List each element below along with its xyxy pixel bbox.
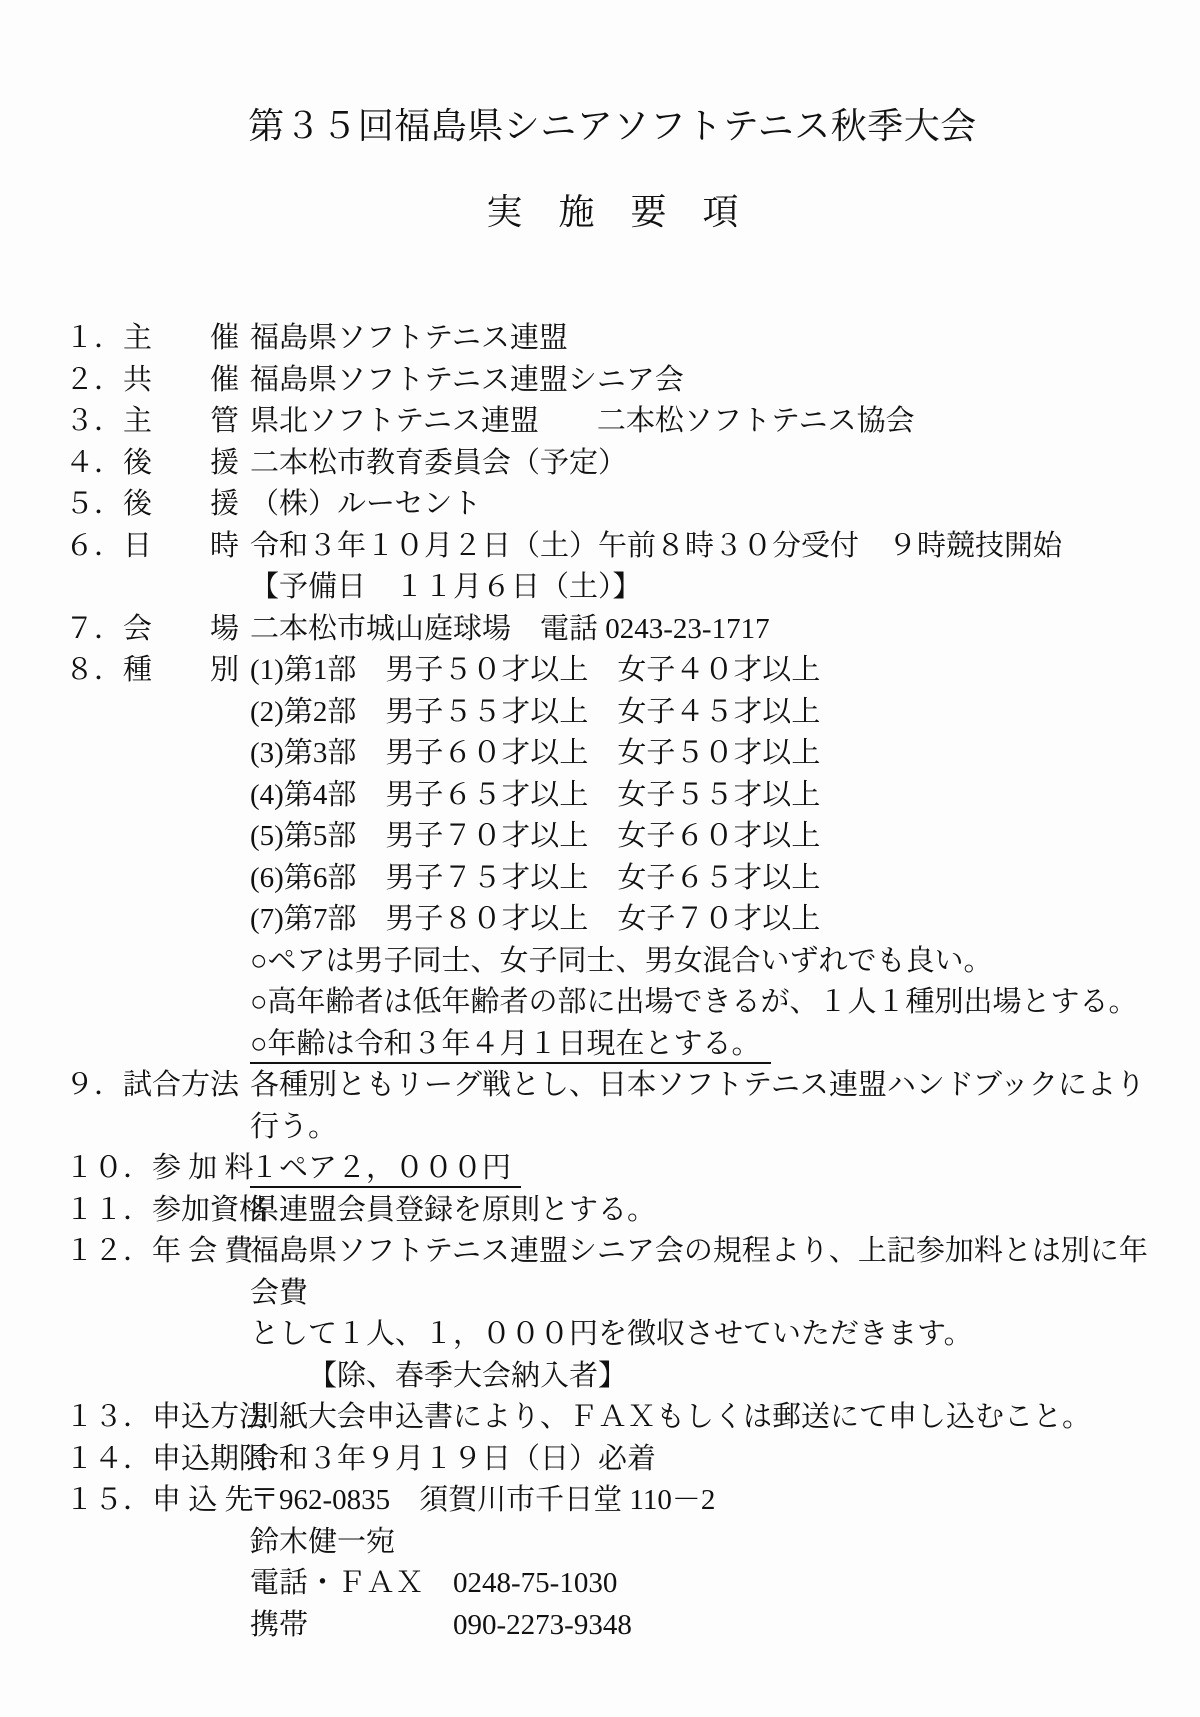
item-line: ○ペアは男子同士、女子同士、男女混合いずれでも良い。 (250, 941, 1160, 983)
item-line: ○高年齢者は低年齢者の部に出場できるが、１人１種別出場とする。 (250, 982, 1160, 1024)
item-text: ○年齢は令和３年４月１日現在とする。 (250, 1028, 771, 1064)
item-line: 【予備日 １１月６日（土）】 (250, 567, 1160, 609)
item-line: ○年齢は令和３年４月１日現在とする。 (250, 1024, 1160, 1066)
item-content: 令和３年１０月２日（土）午前８時３０分受付 ９時競技開始【予備日 １１月６日（土… (250, 526, 1160, 609)
item-line: 福島県ソフトテニス連盟 (250, 318, 1160, 360)
document-subtitle: 実 施 要 項 (65, 190, 1160, 234)
item-line: (6)第6部 男子７５才以上 女子６５才以上 (250, 858, 1160, 900)
item-label: １３．申込方法 (65, 1397, 250, 1439)
item-line: (7)第7部 男子８０才以上 女子７０才以上 (250, 899, 1160, 941)
item-text: 〒962-0835 須賀川市千日堂 110－2 (250, 1484, 715, 1516)
item-text: 別紙大会申込書により、ＦＡＸもしくは郵送にて申し込むこと。 (250, 1401, 1091, 1433)
item-text: 【予備日 １１月６日（土）】 (250, 571, 642, 603)
item-text: (6)第6部 男子７５才以上 女子６５才以上 (250, 862, 820, 894)
item-line: 令和３年１０月２日（土）午前８時３０分受付 ９時競技開始 (250, 526, 1160, 568)
item-line: として１人、１，０００円を徴収させていただきます。 (250, 1314, 1160, 1356)
item-text: ○高年齢者は低年齢者の部に出場できるが、１人１種別出場とする。 (250, 986, 1138, 1018)
item-line: 福島県ソフトテニス連盟シニア会 (250, 360, 1160, 402)
item-label: １１．参加資格 (65, 1190, 250, 1232)
item-line: 【除、春季大会納入者】 (250, 1356, 1160, 1398)
item-text: (7)第7部 男子８０才以上 女子７０才以上 (250, 903, 820, 935)
list-item: ５．後 援（株）ルーセント (65, 484, 1160, 526)
list-item: １０．参 加 料１ペア２，０００円 (65, 1148, 1160, 1190)
item-line: (1)第1部 男子５０才以上 女子４０才以上 (250, 650, 1160, 692)
item-text: (1)第1部 男子５０才以上 女子４０才以上 (250, 654, 820, 686)
item-content: 令和３年９月１９日（日）必着 (250, 1439, 1160, 1481)
list-item: ９．試合方法各種別ともリーグ戦とし、日本ソフトテニス連盟ハンドブックにより行う。 (65, 1065, 1160, 1148)
items-list: １．主 催福島県ソフトテニス連盟２．共 催福島県ソフトテニス連盟シニア会３．主 … (65, 318, 1160, 1646)
item-label: １５．申 込 先 (65, 1480, 250, 1522)
list-item: １３．申込方法別紙大会申込書により、ＦＡＸもしくは郵送にて申し込むこと。 (65, 1397, 1160, 1439)
item-text: 県連盟会員登録を原則とする。 (250, 1194, 656, 1226)
item-line: 電話・ＦＡＸ 0248-75-1030 (250, 1563, 1160, 1605)
item-content: 二本松市城山庭球場 電話 0243-23-1717 (250, 609, 1160, 651)
list-item: ２．共 催福島県ソフトテニス連盟シニア会 (65, 360, 1160, 402)
item-line: 二本松市城山庭球場 電話 0243-23-1717 (250, 609, 1160, 651)
item-text: 福島県ソフトテニス連盟シニア会 (250, 364, 684, 396)
document-page: 第３５回福島県シニアソフトテニス秋季大会 実 施 要 項 １．主 催福島県ソフト… (0, 0, 1200, 1717)
item-text: 福島県ソフトテニス連盟シニア会の規程より、上記参加料とは別に年会費 (250, 1235, 1148, 1309)
item-label: １．主 催 (65, 318, 250, 360)
item-text: (2)第2部 男子５５才以上 女子４５才以上 (250, 696, 820, 728)
item-label: ４．後 援 (65, 443, 250, 485)
item-text: 令和３年９月１９日（日）必着 (250, 1443, 656, 1475)
item-content: 二本松市教育委員会（予定） (250, 443, 1160, 485)
item-label: １４．申込期限 (65, 1439, 250, 1481)
item-content: 福島県ソフトテニス連盟シニア会 (250, 360, 1160, 402)
item-text: (5)第5部 男子７０才以上 女子６０才以上 (250, 820, 820, 852)
list-item: １４．申込期限令和３年９月１９日（日）必着 (65, 1439, 1160, 1481)
list-item: １．主 催福島県ソフトテニス連盟 (65, 318, 1160, 360)
item-text: 二本松市城山庭球場 電話 0243-23-1717 (250, 613, 770, 645)
item-line: (5)第5部 男子７０才以上 女子６０才以上 (250, 816, 1160, 858)
item-text: 二本松市教育委員会（予定） (250, 447, 627, 479)
item-text: 電話・ＦＡＸ 0248-75-1030 (250, 1567, 617, 1599)
item-text: 各種別ともリーグ戦とし、日本ソフトテニス連盟ハンドブックにより行う。 (250, 1069, 1145, 1143)
item-text: （株）ルーセント (250, 488, 481, 520)
item-line: 福島県ソフトテニス連盟シニア会の規程より、上記参加料とは別に年会費 (250, 1231, 1160, 1314)
list-item: ７．会 場二本松市城山庭球場 電話 0243-23-1717 (65, 609, 1160, 651)
item-line: （株）ルーセント (250, 484, 1160, 526)
item-line: 〒962-0835 須賀川市千日堂 110－2 (250, 1480, 1160, 1522)
item-line: 令和３年９月１９日（日）必着 (250, 1439, 1160, 1481)
item-content: 〒962-0835 須賀川市千日堂 110－2鈴木健一宛電話・ＦＡＸ 0248-… (250, 1480, 1160, 1646)
item-label: １０．参 加 料 (65, 1148, 250, 1190)
list-item: ８．種 別(1)第1部 男子５０才以上 女子４０才以上(2)第2部 男子５５才以… (65, 650, 1160, 1065)
list-item: １２．年 会 費福島県ソフトテニス連盟シニア会の規程より、上記参加料とは別に年会… (65, 1231, 1160, 1397)
list-item: １１．参加資格県連盟会員登録を原則とする。 (65, 1190, 1160, 1232)
item-content: （株）ルーセント (250, 484, 1160, 526)
list-item: ４．後 援二本松市教育委員会（予定） (65, 443, 1160, 485)
item-text: ○ペアは男子同士、女子同士、男女混合いずれでも良い。 (250, 945, 993, 977)
item-line: 各種別ともリーグ戦とし、日本ソフトテニス連盟ハンドブックにより行う。 (250, 1065, 1160, 1148)
item-line: 鈴木健一宛 (250, 1522, 1160, 1564)
item-line: 別紙大会申込書により、ＦＡＸもしくは郵送にて申し込むこと。 (250, 1397, 1160, 1439)
item-text: 県北ソフトテニス連盟 二本松ソフトテニス協会 (250, 405, 915, 437)
item-label: ６．日 時 (65, 526, 250, 568)
item-label: ５．後 援 (65, 484, 250, 526)
item-text: １ペア２，０００円 (250, 1152, 521, 1188)
item-content: 各種別ともリーグ戦とし、日本ソフトテニス連盟ハンドブックにより行う。 (250, 1065, 1160, 1148)
item-text: 令和３年１０月２日（土）午前８時３０分受付 ９時競技開始 (250, 530, 1062, 562)
item-line: (2)第2部 男子５５才以上 女子４５才以上 (250, 692, 1160, 734)
item-text: 【除、春季大会納入者】 (308, 1360, 627, 1392)
item-text: として１人、１，０００円を徴収させていただきます。 (250, 1318, 973, 1350)
item-line: 県連盟会員登録を原則とする。 (250, 1190, 1160, 1232)
item-line: 二本松市教育委員会（予定） (250, 443, 1160, 485)
item-text: 福島県ソフトテニス連盟 (250, 322, 568, 354)
item-text: (3)第3部 男子６０才以上 女子５０才以上 (250, 737, 820, 769)
item-text: 鈴木健一宛 (250, 1526, 395, 1558)
item-line: 県北ソフトテニス連盟 二本松ソフトテニス協会 (250, 401, 1160, 443)
item-label: ２．共 催 (65, 360, 250, 402)
list-item: ３．主 管県北ソフトテニス連盟 二本松ソフトテニス協会 (65, 401, 1160, 443)
item-content: １ペア２，０００円 (250, 1148, 1160, 1190)
item-line: 携帯 090-2273-9348 (250, 1605, 1160, 1647)
document-title: 第３５回福島県シニアソフトテニス秋季大会 (65, 104, 1160, 148)
item-content: 福島県ソフトテニス連盟 (250, 318, 1160, 360)
item-content: 県北ソフトテニス連盟 二本松ソフトテニス協会 (250, 401, 1160, 443)
item-content: 福島県ソフトテニス連盟シニア会の規程より、上記参加料とは別に年会費として１人、１… (250, 1231, 1160, 1397)
item-label: ３．主 管 (65, 401, 250, 443)
item-label: ７．会 場 (65, 609, 250, 651)
item-line: (4)第4部 男子６５才以上 女子５５才以上 (250, 775, 1160, 817)
item-text: (4)第4部 男子６５才以上 女子５５才以上 (250, 779, 820, 811)
item-content: (1)第1部 男子５０才以上 女子４０才以上(2)第2部 男子５５才以上 女子４… (250, 650, 1160, 1065)
list-item: ６．日 時令和３年１０月２日（土）午前８時３０分受付 ９時競技開始【予備日 １１… (65, 526, 1160, 609)
item-label: ８．種 別 (65, 650, 250, 692)
list-item: １５．申 込 先〒962-0835 須賀川市千日堂 110－2鈴木健一宛電話・Ｆ… (65, 1480, 1160, 1646)
item-content: 別紙大会申込書により、ＦＡＸもしくは郵送にて申し込むこと。 (250, 1397, 1160, 1439)
item-label: １２．年 会 費 (65, 1231, 250, 1273)
item-content: 県連盟会員登録を原則とする。 (250, 1190, 1160, 1232)
item-line: (3)第3部 男子６０才以上 女子５０才以上 (250, 733, 1160, 775)
item-label: ９．試合方法 (65, 1065, 250, 1107)
item-line: １ペア２，０００円 (250, 1148, 1160, 1190)
item-text: 携帯 090-2273-9348 (250, 1609, 632, 1641)
